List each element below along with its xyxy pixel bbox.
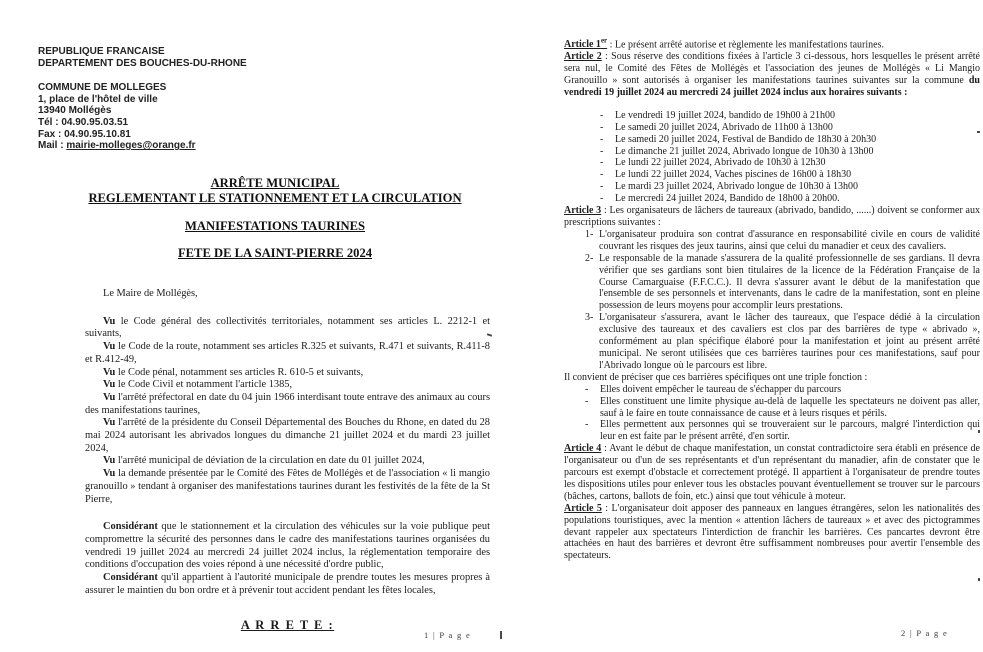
prescription-item: 1-L'organisateur produira son contrat d'…: [585, 229, 980, 253]
vu-lead: Vu: [103, 316, 115, 327]
barrier-function-item: -Elles constituent une limite physique a…: [585, 396, 980, 420]
article-4: Article 4 : Avant le début de chaque man…: [564, 443, 980, 503]
barrier-function-text: Elles permettent aux personnes qui se tr…: [600, 419, 980, 443]
dash-bullet: -: [600, 169, 615, 181]
vu-paragraph: Vu la demande présentée par le Comité de…: [85, 468, 490, 506]
dash-bullet: -: [600, 157, 615, 169]
dash-bullet: -: [585, 419, 600, 443]
schedule-item-text: Le samedi 20 juillet 2024, Festival de B…: [615, 134, 980, 146]
dash-bullet: -: [600, 181, 615, 193]
page2-footer-page-number: 2 | P a g e: [901, 628, 948, 638]
letterhead-address-line1: 1, place de l'hôtel de ville: [38, 94, 338, 106]
article-5-label: Article 5: [564, 503, 602, 514]
dash-bullet: -: [600, 193, 615, 205]
article-4-label: Article 4: [564, 443, 601, 454]
page1-body: Le Maire de Mollégès, Vu le Code général…: [85, 288, 490, 632]
vu-text: le Code général des collectivités territ…: [85, 316, 490, 340]
page2-body: Article 1er : Le présent arrêté autorise…: [564, 36, 980, 562]
letterhead-email-address: mairie-molleges@orange.fr: [66, 140, 195, 151]
letterhead-republic: REPUBLIQUE FRANCAISE: [38, 46, 338, 58]
letterhead-phone: Tél : 04.90.95.03.51: [38, 117, 338, 129]
letterhead: REPUBLIQUE FRANCAISE DEPARTEMENT DES BOU…: [38, 46, 338, 152]
schedule-item: -Le samedi 20 juillet 2024, Abrivado de …: [600, 122, 980, 134]
schedule-item-text: Le dimanche 21 juillet 2024, Abrivado lo…: [615, 146, 980, 158]
considerant-lead: Considérant: [103, 572, 158, 583]
vu-paragraph: Vu le Code Civil et notamment l'article …: [85, 379, 490, 392]
prescription-item: 2-Le responsable de la manade s'assurera…: [585, 253, 980, 313]
considerant-recitals: Considérant que le stationnement et la c…: [85, 521, 490, 597]
vu-paragraph: Vu le Code pénal, notamment ses articles…: [85, 367, 490, 380]
considerant-lead: Considérant: [103, 521, 158, 532]
schedule-item-text: Le samedi 20 juillet 2024, Abrivado de 1…: [615, 122, 980, 134]
barriers-functions-list: -Elles doivent empêcher le taureau de s'…: [564, 384, 980, 444]
dash-bullet: -: [600, 110, 615, 122]
dash-bullet: -: [585, 384, 600, 396]
item-number: 1-: [585, 229, 599, 253]
schedule-item: -Le dimanche 21 juillet 2024, Abrivado l…: [600, 146, 980, 158]
letterhead-spacer: [38, 69, 338, 82]
item-number: 2-: [585, 253, 599, 313]
dash-bullet: -: [600, 122, 615, 134]
prescription-text: Le responsable de la manade s'assurera d…: [599, 253, 980, 313]
prescription-text: L'organisateur s'assurera, avant le lâch…: [599, 312, 980, 372]
vu-paragraph: Vu le Code de la route, notamment ses ar…: [85, 341, 490, 366]
vu-paragraph: Vu l'arrêté municipal de déviation de la…: [85, 455, 490, 468]
salutation: Le Maire de Mollégès,: [85, 288, 490, 301]
title-line-1: ARRÊTE MUNICIPAL: [60, 176, 490, 191]
vu-text: la demande présentée par le Comité des F…: [85, 468, 490, 504]
vu-lead: Vu: [103, 417, 115, 428]
article-1: Article 1er : Le présent arrêté autorise…: [564, 36, 980, 51]
schedule-list: -Le vendredi 19 juillet 2024, bandido de…: [564, 110, 980, 205]
article-5: Article 5 : L'organisateur doit apposer …: [564, 503, 980, 563]
article-4-text: : Avant le début de chaque manifestation…: [564, 443, 980, 502]
dash-bullet: -: [585, 396, 600, 420]
article-1-text: : Le présent arrêté autorise et règlemen…: [607, 39, 884, 50]
vu-lead: Vu: [103, 379, 115, 390]
article-3-prescriptions: 1-L'organisateur produira son contrat d'…: [564, 229, 980, 372]
article-5-text: : L'organisateur doit apposer des pannea…: [564, 503, 980, 562]
article-2: Article 2 : Sous réserve des conditions …: [564, 51, 980, 99]
vu-text: le Code de la route, notamment ses artic…: [85, 341, 490, 365]
vu-text: le Code pénal, notamment ses articles R.…: [115, 367, 363, 378]
scan-artifact: [978, 430, 980, 433]
vu-paragraph: Vu l'arrêté de la présidente du Conseil …: [85, 417, 490, 455]
schedule-item: -Le samedi 20 juillet 2024, Festival de …: [600, 134, 980, 146]
vu-text: le Code Civil et notamment l'article 138…: [115, 379, 292, 390]
dash-bullet: -: [600, 146, 615, 158]
schedule-item-text: Le vendredi 19 juillet 2024, bandido de …: [615, 110, 980, 122]
article-1-label: Article 1er: [564, 39, 607, 50]
document-title: ARRÊTE MUNICIPAL REGLEMENTANT LE STATION…: [60, 176, 490, 261]
vu-recitals: Vu le Code général des collectivités ter…: [85, 316, 490, 507]
scanned-document: REPUBLIQUE FRANCAISE DEPARTEMENT DES BOU…: [0, 0, 983, 652]
letterhead-commune: COMMUNE DE MOLLEGES: [38, 82, 338, 94]
barrier-function-item: -Elles doivent empêcher le taureau de s'…: [585, 384, 980, 396]
title-line-4: FETE DE LA SAINT-PIERRE 2024: [60, 246, 490, 261]
title-spacer: [60, 206, 490, 219]
schedule-item-text: Le mardi 23 juillet 2024, Abrivado longu…: [615, 181, 980, 193]
schedule-item: -Le vendredi 19 juillet 2024, bandido de…: [600, 110, 980, 122]
letterhead-fax: Fax : 04.90.95.10.81: [38, 129, 338, 141]
article-2-text: : Sous réserve des conditions fixées à l…: [564, 51, 980, 86]
article-2-label: Article 2: [564, 51, 602, 62]
title-spacer: [60, 234, 490, 246]
vu-text: l'arrêté de la présidente du Conseil Dép…: [85, 417, 490, 453]
vu-text: l'arrêté municipal de déviation de la ci…: [115, 455, 424, 466]
letterhead-email-label: Mail :: [38, 140, 66, 151]
article-3: Article 3 : Les organisateurs de lâchers…: [564, 205, 980, 229]
dash-bullet: -: [600, 134, 615, 146]
letterhead-department: DEPARTEMENT DES BOUCHES-DU-RHONE: [38, 58, 338, 70]
title-line-3: MANIFESTATIONS TAURINES: [60, 219, 490, 234]
schedule-item: -Le lundi 22 juillet 2024, Vaches piscin…: [600, 169, 980, 181]
prescription-text: L'organisateur produira son contrat d'as…: [599, 229, 980, 253]
vu-lead: Vu: [103, 367, 115, 378]
schedule-item: -Le lundi 22 juillet 2024, Abrivado de 1…: [600, 157, 980, 169]
vu-paragraph: Vu l'arrêté préfectoral en date du 04 ju…: [85, 392, 490, 417]
letterhead-address-line2: 13940 Mollégès: [38, 105, 338, 117]
item-number: 3-: [585, 312, 599, 372]
scan-artifact: [978, 578, 980, 581]
arrete-heading-text: A R R E T E :: [241, 618, 334, 632]
vu-lead: Vu: [103, 455, 115, 466]
vu-lead: Vu: [103, 468, 115, 479]
schedule-item: -Le mercredi 24 juillet 2024, Bandido de…: [600, 193, 980, 205]
scan-artifact: [977, 131, 980, 133]
barriers-intro: Il convient de préciser que ces barrière…: [564, 372, 980, 384]
article-1-label-text: Article 1: [564, 39, 601, 50]
vu-lead: Vu: [103, 392, 115, 403]
considerant-paragraph: Considérant qu'il appartient à l'autorit…: [85, 572, 490, 597]
letterhead-email-line: Mail : mairie-molleges@orange.fr: [38, 140, 338, 152]
article-3-label: Article 3: [564, 205, 601, 216]
article-3-text: : Les organisateurs de lâchers de taurea…: [564, 205, 980, 228]
prescription-item: 3-L'organisateur s'assurera, avant le lâ…: [585, 312, 980, 372]
considerant-paragraph: Considérant que le stationnement et la c…: [85, 521, 490, 572]
scan-artifact: [500, 631, 502, 639]
vu-lead: Vu: [103, 341, 115, 352]
barrier-function-text: Elles constituent une limite physique au…: [600, 396, 980, 420]
schedule-item-text: Le lundi 22 juillet 2024, Abrivado de 10…: [615, 157, 980, 169]
barrier-function-item: -Elles permettent aux personnes qui se t…: [585, 419, 980, 443]
vu-text: l'arrêté préfectoral en date du 04 juin …: [85, 392, 490, 416]
schedule-item: -Le mardi 23 juillet 2024, Abrivado long…: [600, 181, 980, 193]
vu-paragraph: Vu le Code général des collectivités ter…: [85, 316, 490, 341]
schedule-item-text: Le lundi 22 juillet 2024, Vaches piscine…: [615, 169, 980, 181]
barrier-function-text: Elles doivent empêcher le taureau de s'é…: [600, 384, 980, 396]
schedule-item-text: Le mercredi 24 juillet 2024, Bandido de …: [615, 193, 980, 205]
title-line-2: REGLEMENTANT LE STATIONNEMENT ET LA CIRC…: [60, 191, 490, 206]
page1-footer-page-number: 1 | P a g e: [424, 630, 471, 640]
